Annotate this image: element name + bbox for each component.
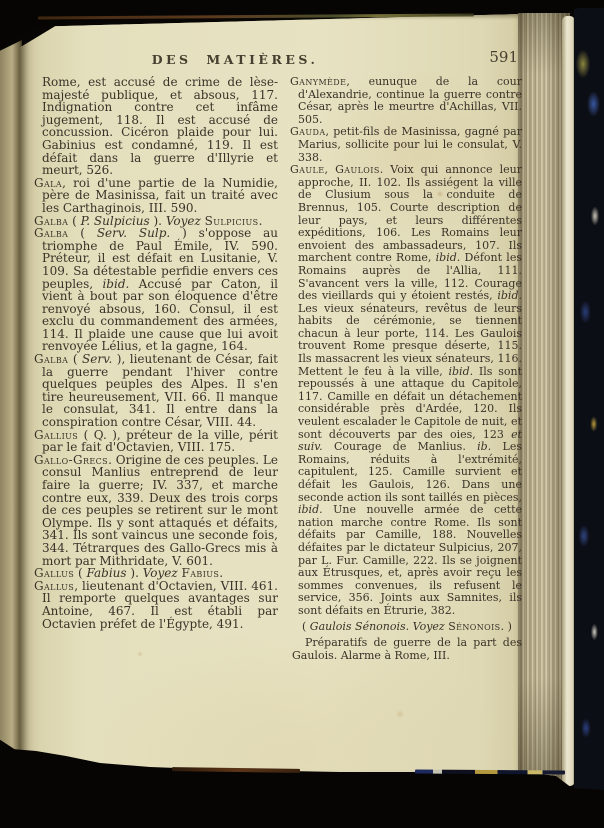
- entry-gabinius-continuation: Rome, est accusé de crime de lèse-majest…: [34, 76, 278, 177]
- entry-ganymede: Ganymède, eunuque de la cour d'Alexandri…: [290, 76, 522, 126]
- book-scan: { "document": { "running_title": "DES MA…: [0, 0, 604, 828]
- left-column: Rome, est accusé de crime de lèse-majest…: [34, 76, 278, 630]
- page-number: 591: [452, 48, 518, 66]
- entry-gauda: Gauda, petit-fils de Masinissa, gagné pa…: [290, 126, 522, 164]
- running-title: DES MATIÈRES.: [70, 52, 400, 67]
- entry-gallo-grecs: Gallo-Grecs. Origine de ces peuples. Le …: [34, 454, 278, 567]
- entry-gala: Gala, roi d'une partie de la Numidie, pè…: [34, 177, 278, 215]
- right-column: Ganymède, eunuque de la cour d'Alexandri…: [290, 76, 522, 662]
- entry-galba-serv-sulp: Galba ( Serv. Sulp. ) s'oppose au triomp…: [34, 227, 278, 353]
- entry-gaulois-preparatifs: Préparatifs de guerre de la part des Gau…: [290, 637, 522, 662]
- cross-ref-gaulois-senonois: ( Gaulois Sénonois. Voyez Sénonois. ): [290, 621, 522, 634]
- marbled-cover: [574, 8, 604, 808]
- entry-gaule-gaulois: Gaule, Gaulois. Voix qui annonce leur ap…: [290, 164, 522, 617]
- entry-gallius: Gallius ( Q. ), préteur de la ville, pér…: [34, 429, 278, 454]
- gutter-page-sliver: [0, 40, 22, 754]
- entry-galba-serv: Galba ( Serv. ), lieutenant de César, fa…: [34, 353, 278, 429]
- entry-gallus: Gallus, lieutenant d'Octavien, VIII. 461…: [34, 580, 278, 630]
